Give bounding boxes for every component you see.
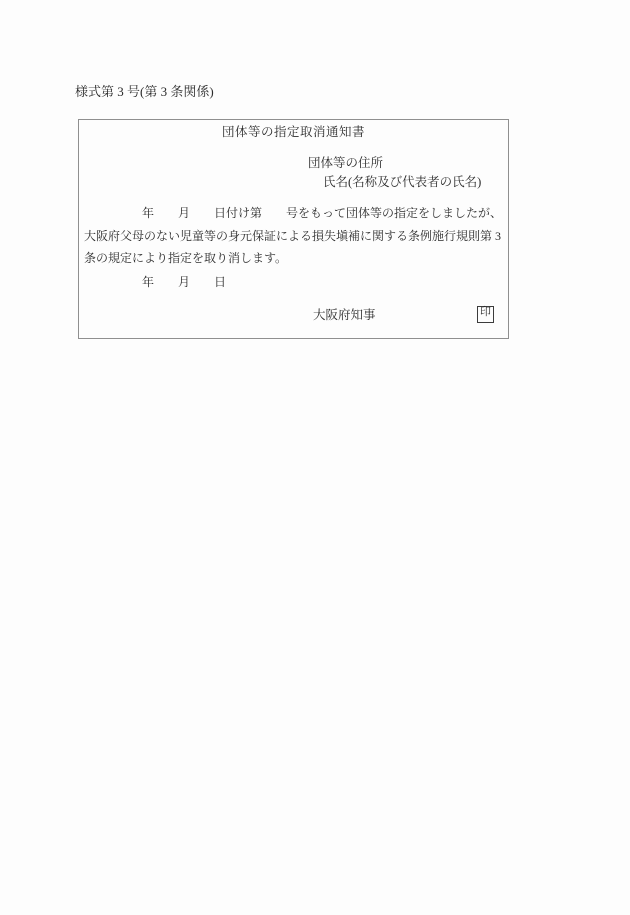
issue-date-line: 年 月 日	[142, 276, 226, 288]
organization-name-label: 氏名(名称及び代表者の氏名)	[323, 176, 481, 189]
body-line-date-designation: 年 月 日付け第 号をもって団体等の指定をしましたが、	[142, 207, 502, 219]
document-page: 様式第 3 号(第 3 条関係) 団体等の指定取消通知書 団体等の住所 氏名(名…	[0, 0, 630, 915]
body-line-ordinance: 大阪府父母のない児童等の身元保証による損失塡補に関する条例施行規則第 3	[84, 230, 501, 242]
organization-address-label: 団体等の住所	[308, 157, 383, 170]
document-title: 団体等の指定取消通知書	[79, 126, 508, 139]
notice-box: 団体等の指定取消通知書 団体等の住所 氏名(名称及び代表者の氏名) 年 月 日付…	[78, 119, 509, 339]
seal-stamp-icon: 印	[477, 306, 494, 323]
form-number-label: 様式第 3 号(第 3 条関係)	[75, 85, 214, 98]
governor-signature-label: 大阪府知事	[313, 309, 376, 322]
body-line-cancellation: 条の規定により指定を取り消します。	[84, 252, 287, 264]
